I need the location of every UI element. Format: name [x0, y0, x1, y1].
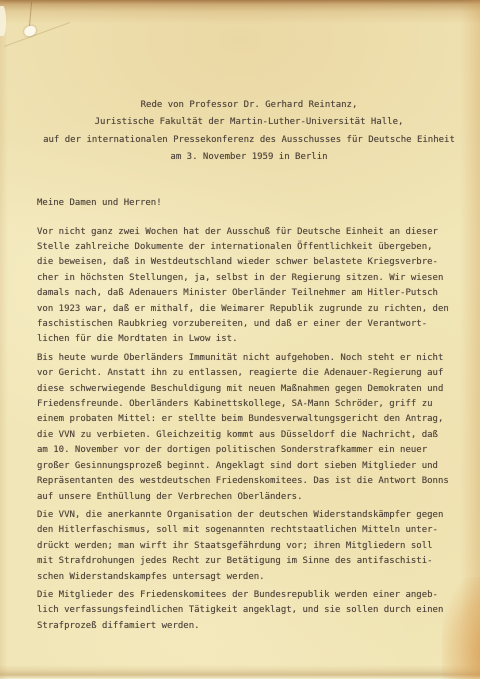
header-line-speaker: Rede von Professor Dr. Gerhard Reintanz, [37, 97, 461, 114]
paragraph-4: Die Mitglieder des Friedenskomitees der … [37, 588, 461, 634]
paper-corner-notch [0, 6, 6, 36]
screenshot-stage: Rede von Professor Dr. Gerhard Reintanz,… [0, 0, 480, 679]
header-line-date: am 3. November 1959 in Berlin [37, 149, 461, 166]
salutation: Meine Damen und Herren! [37, 196, 461, 211]
paragraph-2: Bis heute wurde Oberländers Immunität ni… [37, 351, 461, 505]
document-content: Rede von Professor Dr. Gerhard Reintanz,… [37, 97, 461, 634]
header-line-occasion: auf der internationalen Pressekonferenz … [37, 132, 461, 149]
paragraph-3: Die VVN, die anerkannte Organisation der… [37, 508, 461, 585]
scanned-document-page: Rede von Professor Dr. Gerhard Reintanz,… [0, 0, 480, 679]
paper-crease [4, 22, 70, 47]
paper-bottom-edge-shadow [0, 665, 480, 679]
paragraph-1: Vor nicht ganz zwei Wochen hat der Aussc… [37, 225, 461, 348]
paper-left-edge-shadow [0, 0, 8, 679]
header-line-faculty: Juristische Fakultät der Martin-Luther-U… [37, 114, 461, 131]
paper-top-edge-shadow [0, 0, 480, 24]
document-header: Rede von Professor Dr. Gerhard Reintanz,… [37, 97, 461, 166]
